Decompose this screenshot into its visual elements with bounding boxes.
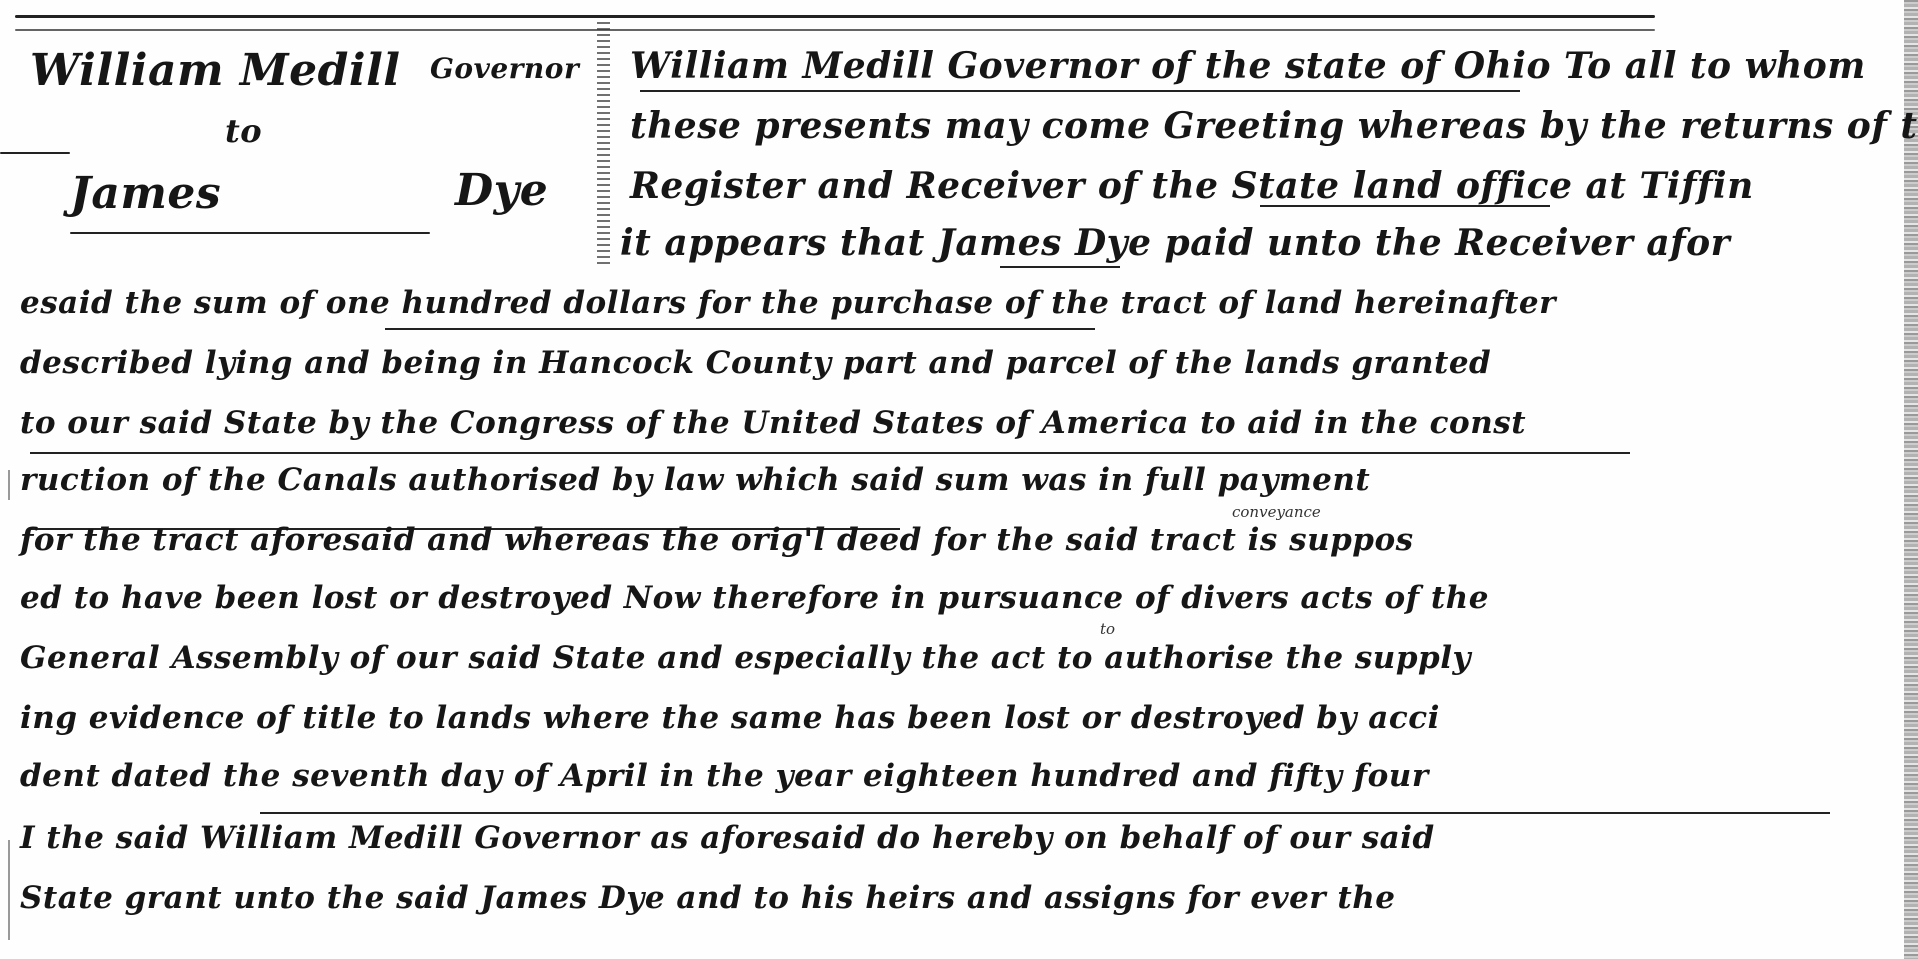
body-line-2: these presents may come Greeting whereas… [630, 105, 1918, 147]
body-line-14: I the said William Medill Governor as af… [20, 820, 1435, 856]
connector: to [225, 112, 262, 150]
body-line-5: esaid the sum of one hundred dollars for… [20, 285, 1556, 321]
body-line-8: ruction of the Canals authorised by law … [20, 462, 1370, 498]
underline [640, 90, 1520, 92]
top-rule [15, 15, 1655, 18]
body-line-4: it appears that James Dye paid unto the … [620, 222, 1730, 264]
body-line-7: to our said State by the Congress of the… [20, 405, 1526, 441]
underline [260, 812, 1830, 814]
body-line-12: ing evidence of title to lands where the… [20, 700, 1440, 736]
body-line-13: dent dated the seventh day of April in t… [20, 758, 1429, 794]
body-line-10: ed to have been lost or destroyed Now th… [20, 580, 1489, 616]
underline [30, 452, 1630, 454]
grantee-first-name: James [70, 168, 221, 219]
body-line-3: Register and Receiver of the State land … [630, 165, 1754, 207]
top-rule-2 [15, 29, 1655, 31]
body-line-11: General Assembly of our said State and e… [20, 640, 1471, 676]
body-line-1: William Medill Governor of the state of … [630, 45, 1866, 87]
grantor-name: William Medill [30, 45, 401, 96]
underline [385, 328, 1095, 330]
interlinear-insertion: conveyance [1232, 503, 1321, 521]
superscript-insertion: to [1100, 620, 1115, 638]
margin-mark [8, 840, 10, 940]
brace-divider [597, 22, 610, 267]
body-line-6: described lying and being in Hancock Cou… [20, 345, 1491, 381]
body-line-15: State grant unto the said James Dye and … [20, 880, 1396, 916]
body-line-9: for the tract aforesaid and whereas the … [20, 522, 1414, 558]
grantee-last-name: Dye [455, 165, 548, 216]
heading-left-rule [0, 152, 70, 154]
scanned-page: William Medill Governor to James Dye Wil… [0, 0, 1918, 959]
heading-bottom-rule [70, 232, 430, 234]
underline [1260, 205, 1550, 207]
margin-mark [8, 470, 10, 500]
underline [1000, 266, 1120, 268]
grantor-title: Governor [430, 52, 579, 85]
